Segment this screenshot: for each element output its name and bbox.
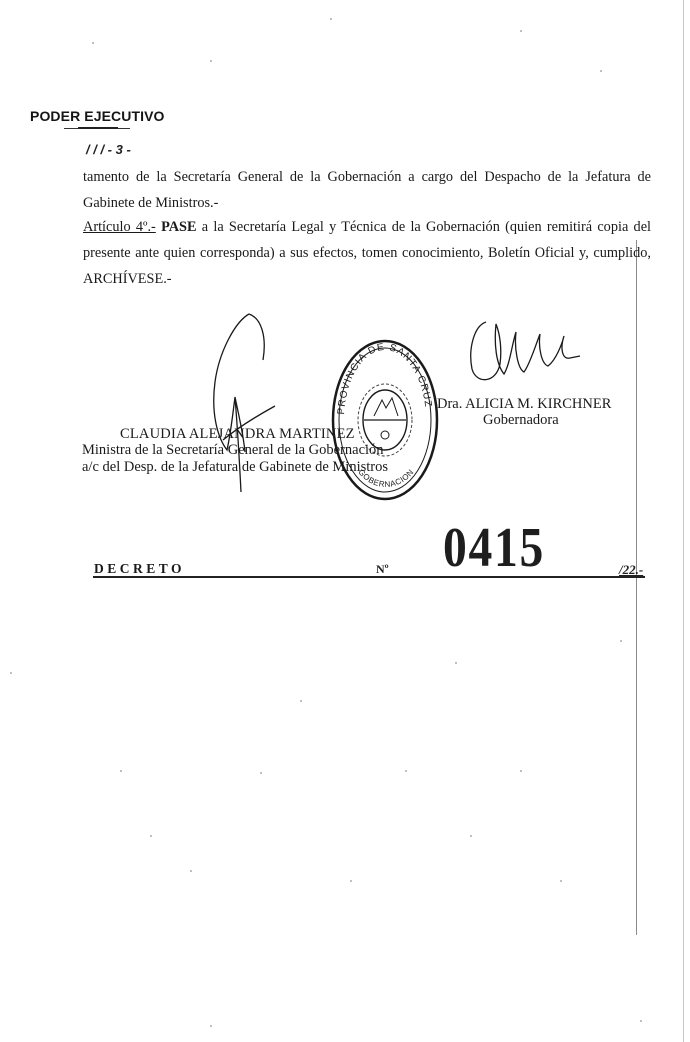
signature-right (466, 314, 586, 389)
decree-number-label: Nº (376, 562, 389, 577)
decree-rule (93, 576, 645, 578)
paragraph-text: tamento de la Secretaría General de la G… (83, 164, 651, 216)
page-marker: / / / - 3 - (86, 142, 131, 157)
signatory-left-role-line1: Ministra de la Secretaría General de la … (82, 442, 388, 459)
decree-label: DECRETO (94, 561, 185, 577)
signatory-left-role: Ministra de la Secretaría General de la … (82, 442, 388, 476)
margin-line (636, 240, 637, 935)
stamp-top-text: PROVINCIA DE SANTA CRUZ (336, 342, 433, 415)
decree-number: 0415 (443, 520, 545, 576)
article-label: Artículo 4º.- (83, 219, 156, 235)
header-underline-accent (78, 127, 118, 129)
paragraph-continuation: tamento de la Secretaría General de la G… (83, 164, 651, 216)
article-keyword: PASE (161, 219, 196, 235)
signatory-right-name: Dra. ALICIA M. KIRCHNER (437, 396, 611, 413)
signatory-right-role: Gobernadora (483, 412, 559, 429)
signatory-left-role-line2: a/c del Desp. de la Jefatura de Gabinete… (82, 459, 388, 476)
article-4-text: Artículo 4º.- PASE a la Secretaría Legal… (83, 214, 651, 292)
header-title: PODER EJECUTIVO (30, 108, 165, 124)
article-4: Artículo 4º.- PASE a la Secretaría Legal… (83, 214, 651, 292)
signatory-left-name: CLAUDIA ALEJANDRA MARTINEZ (120, 426, 355, 443)
official-stamp: PROVINCIA DE SANTA CRUZ GOBERNACION (330, 338, 440, 503)
page-edge-line (683, 0, 684, 1042)
